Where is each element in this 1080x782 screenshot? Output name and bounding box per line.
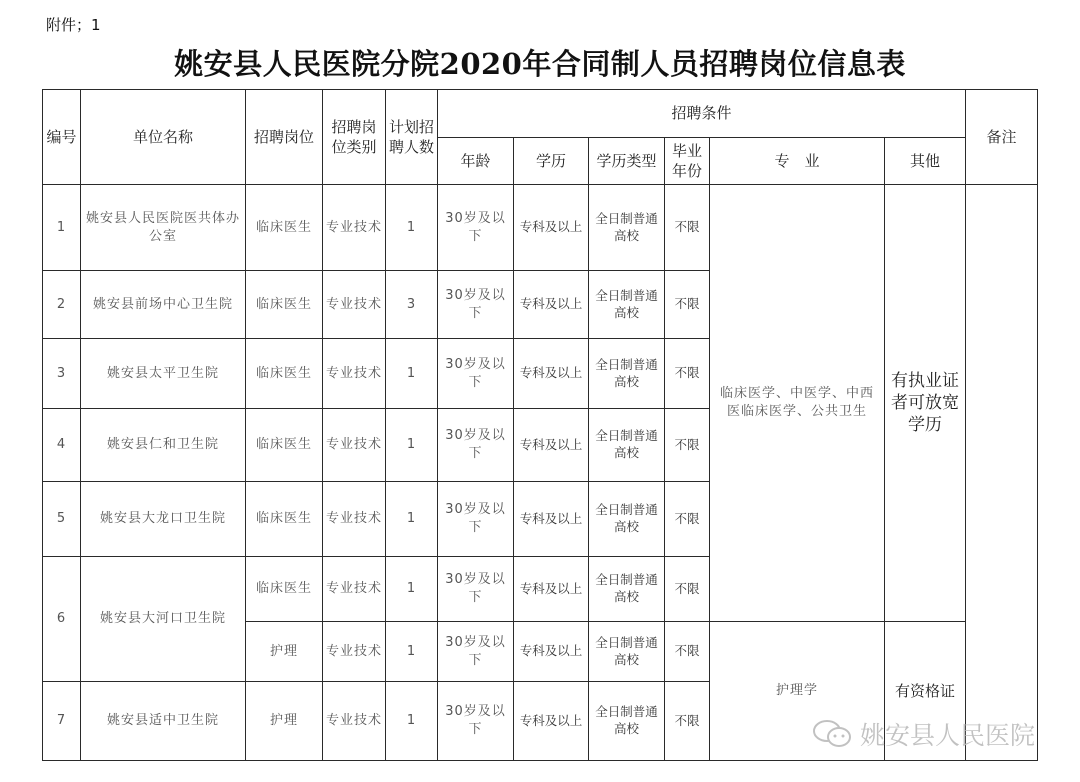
cell-unit: 姚安县大河口卫生院	[80, 556, 246, 682]
cell-unit: 姚安县前场中心卫生院	[80, 270, 246, 339]
cell-post: 临床医生	[245, 338, 323, 409]
header-other: 其他	[884, 137, 966, 185]
cell-grad-year: 不限	[664, 481, 710, 557]
wechat-icon	[812, 718, 854, 750]
cell-education: 专科及以上	[513, 270, 589, 339]
cell-grad-year: 不限	[664, 621, 710, 682]
cell-unit: 姚安县仁和卫生院	[80, 408, 246, 482]
cell-education: 专科及以上	[513, 481, 589, 557]
cell-post: 临床医生	[245, 556, 323, 622]
cell-no: 4	[42, 408, 81, 482]
cell-education: 专科及以上	[513, 556, 589, 622]
cell-post: 护理	[245, 621, 323, 682]
cell-no: 2	[42, 270, 81, 339]
cell-category: 专业技术	[322, 556, 386, 622]
cell-grad-year: 不限	[664, 556, 710, 622]
cell-education: 专科及以上	[513, 681, 589, 761]
cell-no: 6	[42, 556, 81, 682]
cell-age: 30岁及以下	[437, 621, 514, 682]
cell-grad-year: 不限	[664, 408, 710, 482]
cell-category: 专业技术	[322, 621, 386, 682]
watermark: 姚安县人民医院	[812, 716, 1035, 752]
cell-post: 护理	[245, 681, 323, 761]
cell-plan: 1	[385, 481, 438, 557]
cell-edu-type: 全日制普通高校	[588, 270, 665, 339]
cell-category: 专业技术	[322, 338, 386, 409]
header-major: 专 业	[709, 137, 885, 185]
cell-category: 专业技术	[322, 184, 386, 271]
header-education: 学历	[513, 137, 589, 185]
cell-age: 30岁及以下	[437, 270, 514, 339]
cell-education: 专科及以上	[513, 621, 589, 682]
cell-plan: 1	[385, 184, 438, 271]
cell-age: 30岁及以下	[437, 338, 514, 409]
cell-post: 临床医生	[245, 270, 323, 339]
cell-plan: 1	[385, 408, 438, 482]
cell-unit: 姚安县大龙口卫生院	[80, 481, 246, 557]
cell-age: 30岁及以下	[437, 184, 514, 271]
header-conditions: 招聘条件	[437, 89, 966, 138]
cell-no: 3	[42, 338, 81, 409]
cell-remark	[965, 184, 1038, 761]
cell-grad-year: 不限	[664, 338, 710, 409]
cell-other-clinical: 有执业证者可放宽学历	[884, 184, 966, 622]
cell-unit: 姚安县太平卫生院	[80, 338, 246, 409]
cell-education: 专科及以上	[513, 408, 589, 482]
cell-plan: 1	[385, 338, 438, 409]
header-post: 招聘岗位	[245, 89, 323, 185]
cell-grad-year: 不限	[664, 270, 710, 339]
cell-plan: 1	[385, 621, 438, 682]
cell-post: 临床医生	[245, 481, 323, 557]
header-plan: 计划招聘人数	[385, 89, 438, 185]
cell-age: 30岁及以下	[437, 556, 514, 622]
cell-grad-year: 不限	[664, 681, 710, 761]
cell-edu-type: 全日制普通高校	[588, 338, 665, 409]
cell-post: 临床医生	[245, 184, 323, 271]
header-remark: 备注	[965, 89, 1038, 185]
cell-plan: 1	[385, 681, 438, 761]
cell-unit: 姚安县人民医院医共体办公室	[80, 184, 246, 271]
cell-category: 专业技术	[322, 481, 386, 557]
cell-edu-type: 全日制普通高校	[588, 184, 665, 271]
cell-edu-type: 全日制普通高校	[588, 681, 665, 761]
cell-category: 专业技术	[322, 408, 386, 482]
cell-education: 专科及以上	[513, 338, 589, 409]
header-unit: 单位名称	[80, 89, 246, 185]
cell-unit: 姚安县适中卫生院	[80, 681, 246, 761]
cell-edu-type: 全日制普通高校	[588, 481, 665, 557]
header-grad-year: 毕业年份	[664, 137, 710, 185]
cell-no: 1	[42, 184, 81, 271]
cell-major-clinical: 临床医学、中医学、中西医临床医学、公共卫生	[709, 184, 885, 622]
header-edu-type: 学历类型	[588, 137, 665, 185]
cell-no: 7	[42, 681, 81, 761]
header-no: 编号	[42, 89, 81, 185]
cell-no: 5	[42, 481, 81, 557]
cell-age: 30岁及以下	[437, 681, 514, 761]
cell-edu-type: 全日制普通高校	[588, 621, 665, 682]
cell-age: 30岁及以下	[437, 408, 514, 482]
cell-plan: 3	[385, 270, 438, 339]
cell-grad-year: 不限	[664, 184, 710, 271]
cell-age: 30岁及以下	[437, 481, 514, 557]
cell-category: 专业技术	[322, 681, 386, 761]
header-age: 年龄	[437, 137, 514, 185]
cell-edu-type: 全日制普通高校	[588, 556, 665, 622]
cell-post: 临床医生	[245, 408, 323, 482]
recruitment-table: 编号 单位名称 招聘岗位 招聘岗位类别 计划招聘人数 招聘条件 备注 年龄 学历…	[0, 0, 1080, 782]
watermark-text: 姚安县人民医院	[860, 716, 1035, 752]
cell-plan: 1	[385, 556, 438, 622]
cell-edu-type: 全日制普通高校	[588, 408, 665, 482]
header-category: 招聘岗位类别	[322, 89, 386, 185]
cell-category: 专业技术	[322, 270, 386, 339]
cell-education: 专科及以上	[513, 184, 589, 271]
